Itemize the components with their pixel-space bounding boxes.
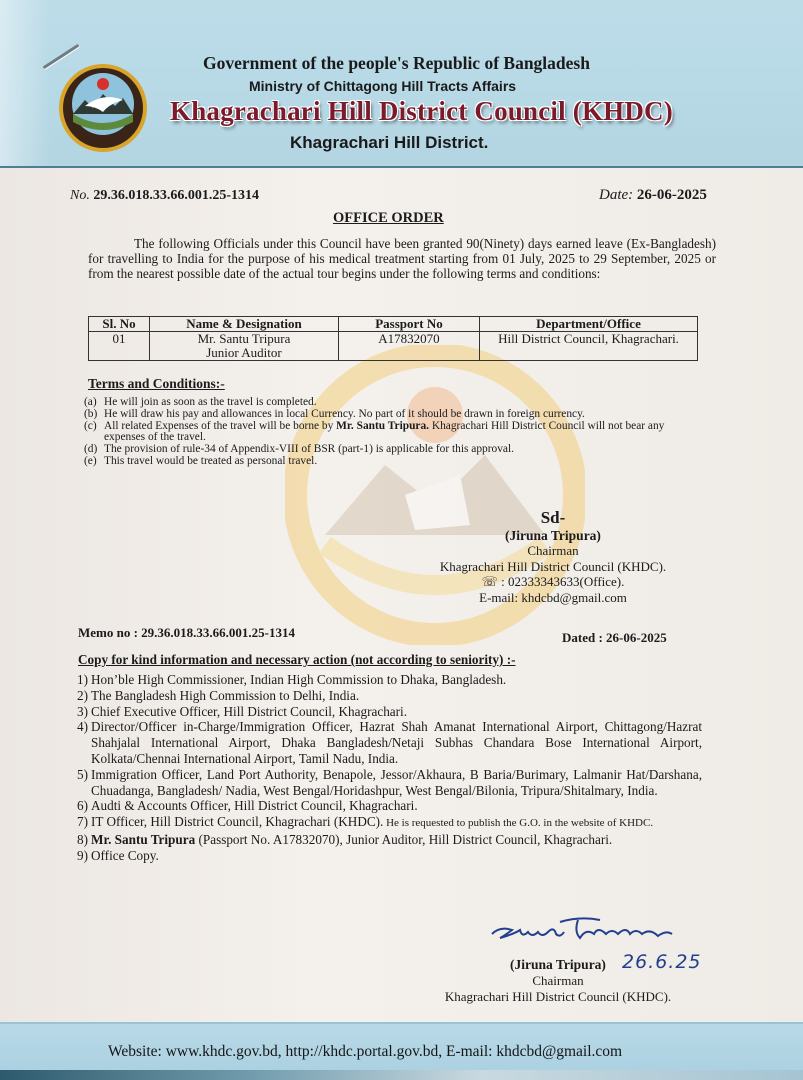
handwritten-signature-icon <box>490 912 690 948</box>
phone-icon: ☏ <box>482 574 498 589</box>
terms-title: Terms and Conditions:- <box>88 376 225 392</box>
handwritten-date: 26.6.25 <box>622 951 702 973</box>
list-item: 9) Office Copy. <box>77 848 702 864</box>
background-strip <box>0 1070 803 1080</box>
list-item: 1) Hon’ble High Commissioner, Indian Hig… <box>77 672 702 688</box>
column-header-name: Name & Designation <box>150 317 339 332</box>
list-item: (c) All related Expenses of the travel w… <box>84 421 704 445</box>
bold-name: Mr. Santu Tripura <box>91 832 195 847</box>
list-item: 7) IT Officer, Hill District Council, Kh… <box>77 814 702 832</box>
sd-mark: Sd- <box>420 508 686 528</box>
list-item: 3) Chief Executive Officer, Hill Distric… <box>77 704 702 720</box>
list-item: 5) Immigration Officer, Land Port Author… <box>77 767 702 799</box>
list-item: (e) This travel would be treated as pers… <box>84 456 704 468</box>
column-header-department: Department/Office <box>480 317 698 332</box>
letterhead-council: Khagrachari Hill District Council (KHDC) <box>170 96 673 127</box>
khdc-emblem-icon <box>57 62 149 154</box>
list-item: 2) The Bangladesh High Commission to Del… <box>77 688 702 704</box>
column-header-sl: Sl. No <box>89 317 150 332</box>
office-order-title: OFFICE ORDER <box>333 210 444 227</box>
list-item: 6) Audti & Accounts Officer, Hill Distri… <box>77 798 702 814</box>
signatory-title: Chairman <box>420 543 686 558</box>
employee-designation: Junior Auditor <box>154 346 334 360</box>
signatory-org: Khagrachari Hill District Council (KHDC)… <box>420 989 696 1005</box>
memo-date: Dated : 26-06-2025 <box>562 630 667 646</box>
letterhead-ministry: Ministry of Chittagong Hill Tracts Affai… <box>249 78 516 94</box>
letterhead-government: Government of the people's Republic of B… <box>203 53 590 74</box>
bold-name: Mr. Santu Tripura. <box>336 420 429 432</box>
cell-sl: 01 <box>89 332 150 361</box>
signatory-org: Khagrachari Hill District Council (KHDC)… <box>420 559 686 574</box>
order-intro-paragraph: The following Officials under this Counc… <box>88 236 716 281</box>
leave-table: Sl. No Name & Designation Passport No De… <box>88 316 698 361</box>
document-page: Government of the people's Republic of B… <box>0 0 803 1080</box>
memo-number: Memo no : 29.36.018.33.66.001.25-1314 <box>78 625 295 641</box>
signatory-block-1: Sd- (Jiruna Tripura) Chairman Khagrachar… <box>420 508 686 605</box>
signatory-title: Chairman <box>420 973 696 989</box>
column-header-passport: Passport No <box>339 317 480 332</box>
table-row: 01 Mr. Santu Tripura Junior Auditor A178… <box>89 332 698 361</box>
copy-to-title: Copy for kind information and necessary … <box>78 652 516 668</box>
terms-list: (a) He will join as soon as the travel i… <box>84 397 704 468</box>
recipient-list: 1) Hon’ble High Commissioner, Indian Hig… <box>77 672 702 864</box>
employee-name: Mr. Santu Tripura <box>154 332 334 346</box>
page-shadow <box>0 0 50 166</box>
footer-contact: Website: www.khdc.gov.bd, http://khdc.po… <box>108 1043 622 1061</box>
reference-date: Date: 26-06-2025 <box>599 187 707 204</box>
table-header-row: Sl. No Name & Designation Passport No De… <box>89 317 698 332</box>
list-item: 8) Mr. Santu Tripura (Passport No. A1783… <box>77 832 702 848</box>
list-item: 4) Director/Officer in-Charge/Immigratio… <box>77 719 702 766</box>
cell-passport: A17832070 <box>339 332 480 361</box>
cell-name-designation: Mr. Santu Tripura Junior Auditor <box>150 332 339 361</box>
signatory-name: (Jiruna Tripura) <box>420 528 686 543</box>
reference-number: No. 29.36.018.33.66.001.25-1314 <box>70 188 259 204</box>
cell-department: Hill District Council, Khagrachari. <box>480 332 698 361</box>
signatory-email: E-mail: khdcbd@gmail.com <box>420 590 686 605</box>
letterhead-district: Khagrachari Hill District. <box>290 133 488 153</box>
signatory-phone: ☏ : 02333343633(Office). <box>420 574 686 589</box>
